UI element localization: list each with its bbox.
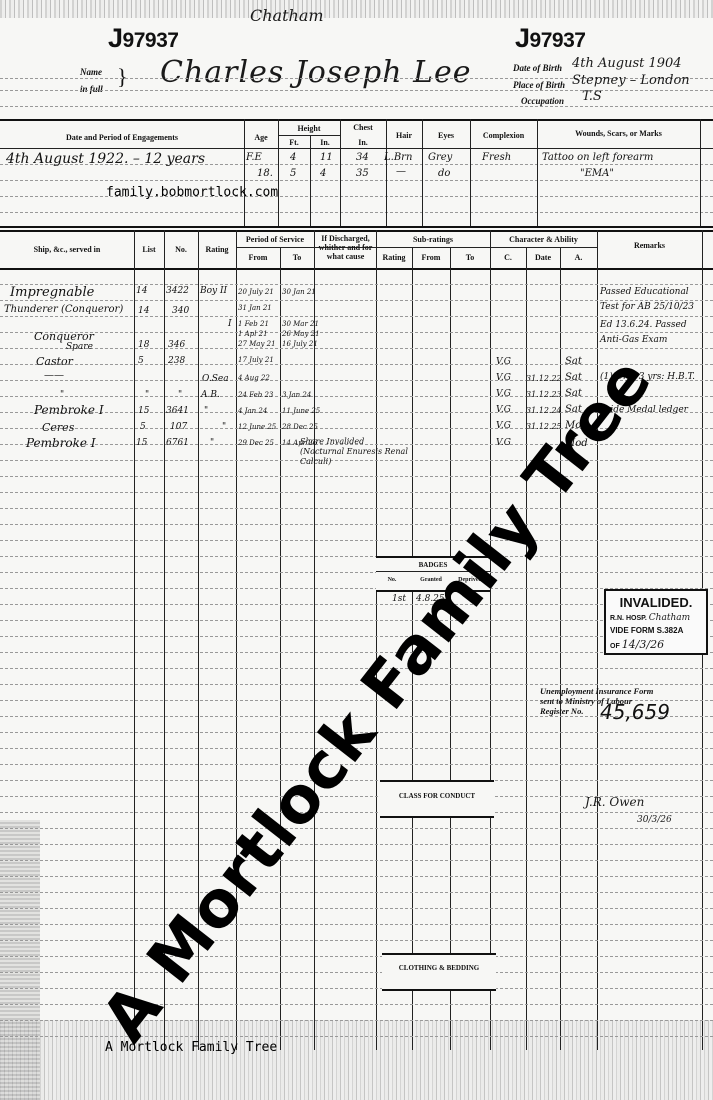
col-border <box>134 230 135 1050</box>
header-eyes: Eyes <box>422 131 470 140</box>
header-rating: Rating <box>198 245 236 254</box>
rule <box>0 492 713 493</box>
from-value: 1 Apl 21 <box>238 330 268 338</box>
stamp-of-value: 14/3/26 <box>622 638 664 651</box>
engagement-date: 4th August 1922. – 12 years <box>6 151 205 167</box>
header-age: Age <box>244 133 278 142</box>
list-value: 14 <box>138 306 149 316</box>
rule <box>0 284 713 285</box>
class-for-conduct-title: CLASS FOR CONDUCT <box>380 792 494 800</box>
discharge-cause: Shore Invalided (Nocturnal Enuresis Rena… <box>300 437 410 467</box>
header-chest-in: In. <box>340 138 386 147</box>
remark: Ed 13.6.24. Passed <box>600 320 687 330</box>
service-number-prefix: J <box>515 23 530 53</box>
pob-value: Stepney – London <box>572 73 690 88</box>
col-border <box>490 230 491 1050</box>
rule <box>0 812 713 813</box>
rule <box>0 828 713 829</box>
pob-label: Place of Birth <box>513 80 565 90</box>
table-border <box>0 119 713 121</box>
no-value: 238 <box>168 356 185 366</box>
ship-name: Pembroke I <box>34 403 104 417</box>
header-date: Date <box>526 253 560 262</box>
header-list: List <box>134 245 164 254</box>
col-border <box>700 119 701 226</box>
clothing-bedding-title: CLOTHING & BEDDING <box>382 964 496 972</box>
header-from: From <box>236 253 280 262</box>
clothing-bedding-box <box>382 953 496 991</box>
dob-label: Date of Birth <box>513 63 562 73</box>
from-value: 4 Jan 24 <box>238 407 267 415</box>
ship-name: Spare <box>66 342 93 352</box>
to-value: 11 June 25 <box>282 407 320 415</box>
table-border <box>0 226 713 228</box>
header-height-ft: Ft. <box>278 138 310 147</box>
header-wounds: Wounds, Scars, or Marks <box>537 129 700 138</box>
col-border <box>560 247 561 1050</box>
list-value: " <box>145 390 149 400</box>
rule <box>0 300 713 301</box>
eyes-value-2: do <box>438 168 450 179</box>
service-number-digits: 97937 <box>123 29 179 52</box>
to-value: 30 Mar 21 <box>282 320 319 328</box>
col-border <box>314 230 315 1050</box>
rule <box>0 476 713 477</box>
col-border <box>278 119 279 226</box>
from-value: 29 Dec 25 <box>238 439 274 447</box>
height-ft-value: 4 <box>290 152 296 163</box>
badge-number: 1st <box>392 594 406 604</box>
header-remarks: Remarks <box>597 241 702 250</box>
header-ship: Ship, &c., served in <box>0 245 134 254</box>
register-number: 45,659 <box>600 700 670 724</box>
header-sub-rating: Rating <box>376 253 412 262</box>
header-complexion: Complexion <box>470 131 537 140</box>
no-value: 107 <box>170 422 187 432</box>
scan-noise-top <box>0 0 713 18</box>
ship-name: —— <box>44 370 64 381</box>
rating-value: Boy II <box>200 286 227 296</box>
to-value: 16 July 21 <box>282 340 318 348</box>
wounds-value: Tattoo on left forearm <box>542 152 653 163</box>
invalided-stamp: INVALIDED. R.N. HOSP. Chatham VIDE FORM … <box>604 589 708 655</box>
character-c: V.G <box>496 421 511 431</box>
header-sub-to: To <box>450 253 490 262</box>
stamp-of-label: OF <box>610 643 620 650</box>
character-c: V.G <box>496 357 511 367</box>
col-border <box>280 247 281 1050</box>
chest-value: 34 <box>356 152 369 163</box>
no-value: 340 <box>172 306 189 316</box>
list-value: 15 <box>138 406 149 416</box>
character-c: V.G <box>496 405 511 415</box>
no-value: 3422 <box>166 286 189 296</box>
header-subratings: Sub-ratings <box>376 235 490 244</box>
service-number-digits: 97937 <box>530 29 586 52</box>
ship-name: Ceres <box>42 421 74 434</box>
from-value: 20 July 21 <box>238 288 274 296</box>
header-a: A. <box>560 253 597 262</box>
ship-name: Thunderer (Conqueror) <box>4 304 123 315</box>
dob-value: 4th August 1904 <box>572 56 682 71</box>
rule <box>0 316 713 317</box>
header-height-in: In. <box>310 138 340 147</box>
ship-name: Pembroke I <box>26 436 96 450</box>
from-value: 4 Aug 22 <box>238 374 270 382</box>
list-value: 5 <box>140 422 146 432</box>
rule <box>0 972 713 973</box>
signature-date: 30/3/26 <box>637 815 672 825</box>
rule <box>0 106 713 107</box>
col-border <box>310 135 311 226</box>
character-c: V.G <box>496 389 511 399</box>
header-height: Height <box>278 124 340 133</box>
col-border <box>340 119 341 226</box>
header-period-of-service: Period of Service <box>236 235 314 244</box>
from-value: 24 Feb 23 <box>238 391 273 399</box>
character-c: V.G <box>496 373 511 383</box>
from-value: 31 Jan 21 <box>238 304 272 312</box>
rule <box>0 940 713 941</box>
rule <box>0 180 713 181</box>
wounds-value-2: "EMA" <box>580 168 614 179</box>
from-value: 17 July 21 <box>238 356 274 364</box>
no-value: " <box>178 390 182 400</box>
badges-no-header: No. <box>380 577 404 583</box>
table-border <box>0 148 713 149</box>
header-no: No. <box>164 245 198 254</box>
stamp-of: OF 14/3/26 <box>610 638 664 651</box>
rule <box>0 892 713 893</box>
rule <box>0 908 713 909</box>
header-to: To <box>280 253 314 262</box>
list-value: 5 <box>138 356 144 366</box>
rule <box>0 956 713 957</box>
table-border <box>0 268 713 270</box>
age-value-2: 18. <box>257 168 273 179</box>
rule <box>0 844 713 845</box>
rating-value: I <box>228 319 232 329</box>
stamp-hosp: R.N. HOSP. Chatham <box>610 613 690 623</box>
rule <box>0 540 713 541</box>
rule <box>0 556 713 557</box>
service-number-right: J97937 <box>515 23 585 54</box>
register-label: Register No. <box>540 706 583 716</box>
height-in-value-2: 4 <box>320 168 326 179</box>
from-value: 12 June 25 <box>238 423 276 431</box>
chest-value-2: 35 <box>356 168 369 179</box>
rating-value: O.Sea <box>202 374 229 384</box>
from-value: 1 Feb 21 <box>238 320 269 328</box>
to-value: 26 May 21 <box>282 330 320 338</box>
no-value: 3641 <box>166 406 189 416</box>
to-value: 30 Jan 21 <box>282 288 316 296</box>
rating-value: " <box>210 438 214 448</box>
header-c: C. <box>490 253 526 262</box>
ship-name: Impregnable <box>10 285 94 300</box>
character-date: 31.12.22 <box>526 374 562 383</box>
header-chest: Chest <box>340 123 386 132</box>
list-value: 18 <box>138 340 149 350</box>
header-sub-from: From <box>412 253 450 262</box>
url-watermark: family.bobmortlock.com <box>106 185 278 200</box>
no-value: 346 <box>168 340 185 350</box>
complexion-value: Fresh <box>482 152 511 163</box>
footer-watermark: A Mortlock Family Tree <box>105 1040 277 1055</box>
stamp-hosp-value: Chatham <box>649 613 690 623</box>
header-hair: Hair <box>386 131 422 140</box>
rule <box>0 1036 713 1037</box>
rule <box>0 524 713 525</box>
rating-value: " <box>204 406 208 416</box>
rule <box>0 212 713 213</box>
col-border <box>526 247 527 1050</box>
from-value: 27 May 21 <box>238 340 276 348</box>
in-full-label: in full <box>80 84 103 94</box>
rule <box>0 860 713 861</box>
service-number-prefix: J <box>108 23 123 53</box>
hair-value: L.Brn <box>384 152 412 163</box>
unemployment-line1: Unemployment Insurance Form <box>540 686 653 696</box>
to-value: 3 Jan 24 <box>282 391 311 399</box>
scan-noise-left <box>0 820 40 1100</box>
list-value: 14 <box>136 286 147 296</box>
occupation-label: Occupation <box>521 96 564 106</box>
height-ft-value-2: 5 <box>290 168 296 179</box>
stamp-vide-form: VIDE FORM S.382A <box>610 626 683 635</box>
name-brace: } <box>117 66 128 88</box>
ability-a: Sat <box>565 356 582 367</box>
height-in-value: 11 <box>320 152 333 163</box>
character-c: V.G <box>496 438 511 448</box>
service-number-left: J97937 <box>108 23 178 54</box>
rule <box>0 572 713 573</box>
no-value: 6761 <box>166 438 189 448</box>
occupation-value: T.S <box>582 89 602 104</box>
rule <box>0 90 713 91</box>
scan-noise-bottom <box>0 1020 713 1100</box>
rating-value: A.B. <box>201 390 220 400</box>
remark: Anti-Gas Exam <box>600 335 667 345</box>
col-border <box>597 230 598 1050</box>
name-label: Name <box>80 67 102 77</box>
rule <box>0 508 713 509</box>
service-record-page: J97937 Chatham J97937 Name in full } Cha… <box>0 0 713 1100</box>
signature: J.R. Owen <box>585 795 644 809</box>
eyes-value: Grey <box>428 152 452 163</box>
list-value: 15 <box>136 438 147 448</box>
ship-name: Castor <box>36 355 73 368</box>
header-discharged: If Discharged, whither and for what caus… <box>315 234 376 261</box>
stamp-title: INVALIDED. <box>606 595 706 610</box>
age-value: F.E <box>246 152 262 163</box>
full-name: Charles Joseph Lee <box>160 55 472 90</box>
table-border <box>278 135 340 136</box>
remark: Test for AB 25/10/23 <box>600 302 694 312</box>
rating-value: " <box>222 422 226 432</box>
port-division: Chatham <box>250 6 324 25</box>
ship-name: " <box>60 390 64 400</box>
table-border <box>0 230 713 232</box>
header-date-period: Date and Period of Engagements <box>0 133 244 142</box>
remark: Passed Educational <box>600 287 689 297</box>
character-date: 31.12.23 <box>526 390 562 399</box>
hair-value-2: — <box>396 166 406 177</box>
table-border <box>376 247 598 248</box>
rule <box>0 924 713 925</box>
stamp-hosp-label: R.N. HOSP. <box>610 615 647 622</box>
header-character-ability: Character & Ability <box>490 235 597 244</box>
rule <box>0 332 713 333</box>
rule <box>0 876 713 877</box>
to-value: 28 Dec 25 <box>282 423 318 431</box>
